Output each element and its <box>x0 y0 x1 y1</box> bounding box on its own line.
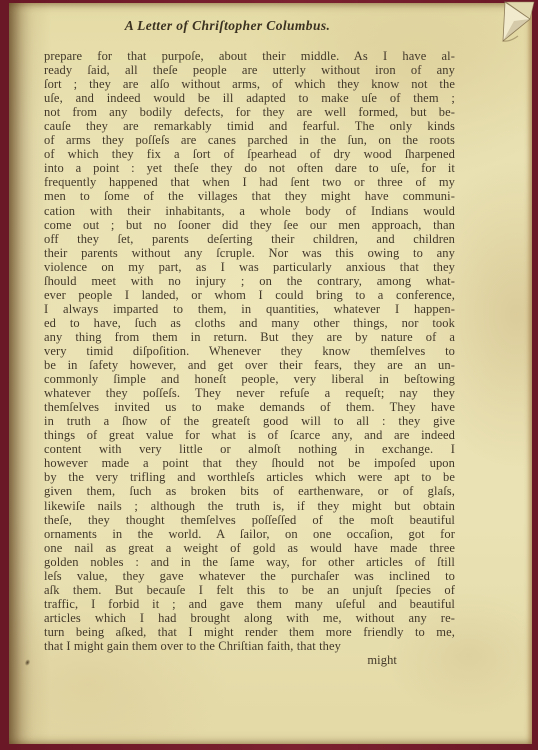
text-line: cauſe they are remarkably timid and fear… <box>44 119 455 133</box>
text-line: uſe, and indeed would be ill adapted to … <box>44 91 455 105</box>
text-line: of which they fix a ſort of ſpearhead of… <box>44 147 455 161</box>
text-line: off they ſet, parents deſerting their ch… <box>44 232 455 246</box>
text-line: their parents without any ſcruple. Nor w… <box>44 246 455 260</box>
text-line: ornaments in the world. A ſailor, on one… <box>44 527 455 541</box>
ink-speck <box>24 658 31 666</box>
text-line: be in ſafety however, and get over their… <box>44 358 455 372</box>
text-line: articles which I had brought along with … <box>44 611 455 625</box>
text-line: ſhould meet with no injury ; on the cont… <box>44 274 455 288</box>
text-line: into a point : yet theſe they do not oft… <box>44 161 455 175</box>
text-line: whatever they poſſeſs. They never refuſe… <box>44 386 455 400</box>
text-line: aſk them. But becauſe I felt this to be … <box>44 583 455 597</box>
text-line: any thing from them in return. But they … <box>44 330 455 344</box>
text-line: in truth a ſhow of the greateſt good wil… <box>44 414 455 428</box>
book-page-scan: A Letter of Chriſtopher Columbus. prepar… <box>0 0 538 750</box>
text-line: ever people I landed, or whom I could br… <box>44 288 455 302</box>
text-line: prepare for that purpoſe, about their mi… <box>44 49 455 63</box>
text-line: turn being aſked, that I might render th… <box>44 625 455 639</box>
text-line: theſe, they thought themſelves poſſeſſed… <box>44 513 455 527</box>
paper: A Letter of Chriſtopher Columbus. prepar… <box>9 3 532 744</box>
text-line: likewiſe nails ; although the truth is, … <box>44 499 455 513</box>
text-line: come out ; but no ſooner did they ſee ou… <box>44 218 455 232</box>
text-line: however made a point that they ſhould no… <box>44 456 455 470</box>
text-line: themſelves invited us to make demands of… <box>44 400 455 414</box>
text-line: that I might gain them over to the Chriſ… <box>44 639 455 653</box>
text-line: ed to have, ſuch as cloths and many othe… <box>44 316 455 330</box>
text-line: by the very trifling and worthleſs artic… <box>44 470 455 484</box>
text-line: men to ſome of the villages that they mi… <box>44 189 455 203</box>
text-line: commonly ſimple and honeſt people, very … <box>44 372 455 386</box>
catchword: might <box>44 653 455 667</box>
text-line: very timid diſpoſition. Whenever they kn… <box>44 344 455 358</box>
text-line: golden nobles : and in the ſame way, for… <box>44 555 455 569</box>
text-line: traffic, I forbid it ; and gave them man… <box>44 597 455 611</box>
text-line: leſs value, they gave whatever the purch… <box>44 569 455 583</box>
page-title: A Letter of Chriſtopher Columbus. <box>22 18 433 34</box>
text-line: ſort ; they are alſo without arms, of wh… <box>44 77 455 91</box>
text-line: ready ſaid, all theſe people are utterly… <box>44 63 455 77</box>
text-line: not from any bodily defects, for they ar… <box>44 105 455 119</box>
text-line: given them, ſuch as broken bits of earth… <box>44 484 455 498</box>
body-text: prepare for that purpoſe, about their mi… <box>44 49 455 667</box>
text-line: cation with their inhabitants, a whole b… <box>44 204 455 218</box>
text-line: one nail as great a weight of gold as wo… <box>44 541 455 555</box>
dog-ear-fold-icon <box>488 0 538 44</box>
text-line: content with very little or almoſt nothi… <box>44 442 455 456</box>
text-line: of arms they poſſeſs are canes parched i… <box>44 133 455 147</box>
text-line: I always imparted to them, in quantities… <box>44 302 455 316</box>
text-line: violence on my part, as I was particular… <box>44 260 455 274</box>
text-line: things of great value for what is of ſca… <box>44 428 455 442</box>
text-line: frequently happened that when I had ſent… <box>44 175 455 189</box>
